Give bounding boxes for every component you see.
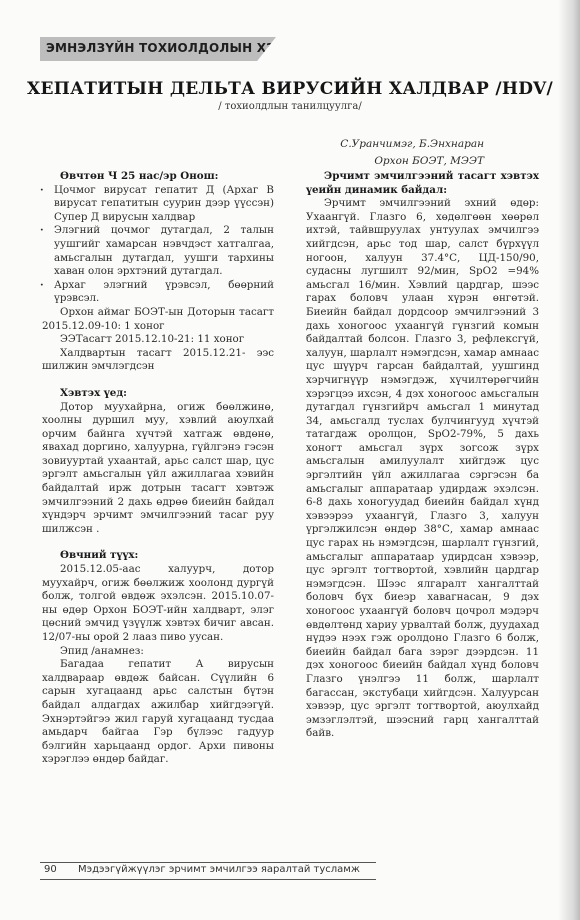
admission-text: Дотор муухайрна, огиж бөөлжинө, хоолны д…: [42, 401, 274, 537]
stay-line: Халдвартын тасагт 2015.12.21- ээс шилжин…: [42, 347, 274, 374]
patient-heading: Өвчтөн Ч 25 нас/эр Онош:: [42, 170, 274, 184]
diagnosis-list: Цочмог вирусат гепатит Д (Архаг В вируса…: [42, 184, 274, 306]
epid-text: Багадаа гепатит А вирусын халдвараар өвд…: [42, 658, 274, 767]
stay-line: ЭЭТасагт 2015.12.10-21: 11 хоног: [42, 333, 274, 347]
history-text: 2015.12.05-аас халуурч, дотор муухайрч, …: [42, 563, 274, 645]
diagnosis-item: Архаг элэгний үрэвсэл, бөөрний үрэвсэл.: [42, 279, 274, 306]
icu-heading: Эрчимт эмчилгээний тасагт хэвтэх үеийн д…: [306, 170, 539, 197]
icu-text: Эрчимт эмчилгээний эхний өдөр: Ухаангүй.…: [306, 197, 539, 741]
section-banner: ЭМНЭЛЗҮЙН ТОХИОЛДОЛЫН ХЭСЭГ: [40, 37, 276, 61]
journal-title: Мэдээгүйжүүлэг эрчимт эмчилгээ яаралтай …: [78, 864, 360, 875]
page-number: 90: [44, 864, 57, 875]
section-banner-label: ЭМНЭЛЗҮЙН ТОХИОЛДОЛЫН ХЭСЭГ: [46, 41, 301, 55]
admission-heading: Хэвтэх үед:: [42, 387, 274, 401]
article-subtitle: / тохиолдлын танилцуулга/: [0, 101, 580, 112]
stay-line: Орхон аймаг БОЭТ-ын Доторын тасагт 2015.…: [42, 306, 274, 333]
page-footer: 90 Мэдээгүйжүүлэг эрчимт эмчилгээ яаралт…: [40, 862, 376, 880]
authors-block: С.Уранчимэг, Б.Энхнаран Орхон БОЭТ, МЭЭТ: [340, 136, 484, 170]
right-column: Эрчимт эмчилгээний тасагт хэвтэх үеийн д…: [306, 170, 539, 741]
history-heading: Өвчний түүх:: [42, 549, 274, 563]
diagnosis-item: Цочмог вирусат гепатит Д (Архаг В вируса…: [42, 184, 274, 225]
author-affiliation: Орхон БОЭТ, МЭЭТ: [340, 153, 484, 170]
epid-heading: Эпид /анамнез:: [42, 645, 274, 659]
page-edge-shadow: [558, 0, 580, 920]
author-names: С.Уранчимэг, Б.Энхнаран: [340, 136, 484, 153]
diagnosis-item: Элэгний цочмог дутагдал, 2 талын уушгийг…: [42, 224, 274, 278]
article-title: ХЕПАТИТЫН ДЕЛЬТА ВИРУСИЙН ХАЛДВАР /HDV/: [0, 79, 580, 99]
left-column: Өвчтөн Ч 25 нас/эр Онош: Цочмог вирусат …: [42, 170, 274, 767]
